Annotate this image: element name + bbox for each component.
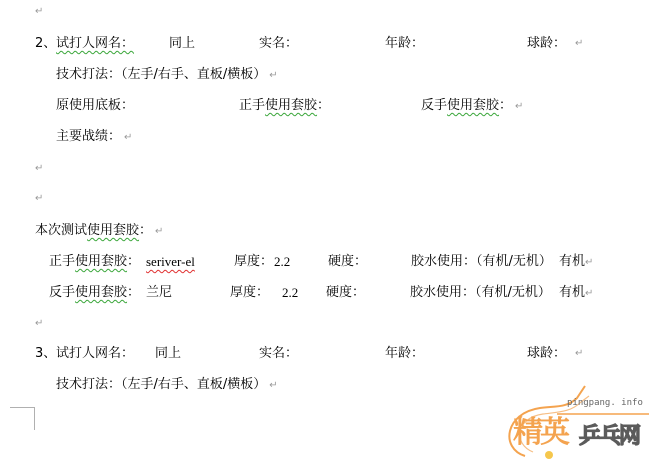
forehand-rubber-value[interactable]: seriver-el (146, 254, 195, 270)
backhand-label: 反手使用套胶： (49, 285, 140, 301)
paragraph-mark: ↵ (515, 101, 523, 112)
nickname-value[interactable]: 同上 (155, 346, 181, 362)
paragraph-mark: ↵ (35, 193, 43, 205)
test-rubbers-heading: 本次测试使用套胶：↵ (35, 223, 163, 240)
forehand-glue-label: 胶水使用：（有机/无机） (411, 254, 552, 270)
backhand-rubber-value[interactable]: 兰尼 (146, 285, 172, 301)
backhand-rubber-label: 反手使用套胶：↵ (421, 98, 523, 115)
backhand-glue-value[interactable]: 有机↵ (559, 285, 593, 302)
forehand-rubber-label: 正手使用套胶： (239, 98, 330, 114)
forehand-hardness-label: 硬度： (328, 254, 367, 270)
paragraph-mark: ↵ (269, 380, 277, 391)
page-corner-mark (10, 407, 35, 430)
paragraph-mark: ↵ (269, 70, 277, 81)
age-label: 年龄： (385, 36, 424, 52)
watermark-site: pingpang. info (567, 398, 643, 408)
paragraph-mark: ↵ (35, 318, 43, 330)
paragraph-mark: ↵ (585, 257, 593, 268)
paragraph-mark: ↵ (575, 38, 583, 50)
watermark-logo: pingpang. info 精英 乒乓网 (495, 378, 649, 464)
forehand-glue-value[interactable]: 有机↵ (559, 254, 593, 271)
paragraph-mark: ↵ (575, 348, 583, 360)
years-playing-label: 球龄： (527, 36, 566, 52)
realname-label: 实名： (259, 346, 298, 362)
forehand-label: 正手使用套胶： (49, 254, 140, 270)
section-3-number: 3、 (35, 346, 56, 362)
paragraph-mark: ↵ (155, 226, 163, 237)
watermark-brand-dark: 乒乓网 (579, 424, 639, 450)
backhand-thickness-value[interactable]: 2.2 (282, 285, 298, 301)
forehand-thickness-value[interactable]: 2.2 (274, 254, 290, 270)
backhand-thickness-label: 厚度： (230, 285, 269, 301)
paragraph-mark: ↵ (585, 288, 593, 299)
nickname-label: 试打人网名： (56, 346, 134, 362)
backhand-glue-label: 胶水使用：（有机/无机） (410, 285, 551, 301)
paragraph-mark: ↵ (35, 163, 43, 175)
paragraph-mark: ↵ (124, 132, 132, 143)
nickname-value[interactable]: 同上 (169, 36, 195, 52)
years-playing-label: 球龄： (527, 346, 566, 362)
section-2-number: 2、 (35, 36, 56, 52)
technique-label: 技术打法：（左手/右手、直板/横板）↵ (56, 377, 278, 394)
backhand-hardness-label: 硬度： (326, 285, 365, 301)
paragraph-mark: ↵ (35, 6, 43, 18)
blade-label: 原使用底板： (56, 98, 134, 114)
age-label: 年龄： (385, 346, 424, 362)
nickname-label: 试打人网名： (56, 36, 134, 52)
achievements-label: 主要战绩：↵ (56, 129, 132, 146)
realname-label: 实名： (259, 36, 298, 52)
watermark-brand-orange: 精英 (513, 416, 567, 450)
technique-label: 技术打法：（左手/右手、直板/横板）↵ (56, 67, 278, 84)
forehand-thickness-label: 厚度： (234, 254, 273, 270)
